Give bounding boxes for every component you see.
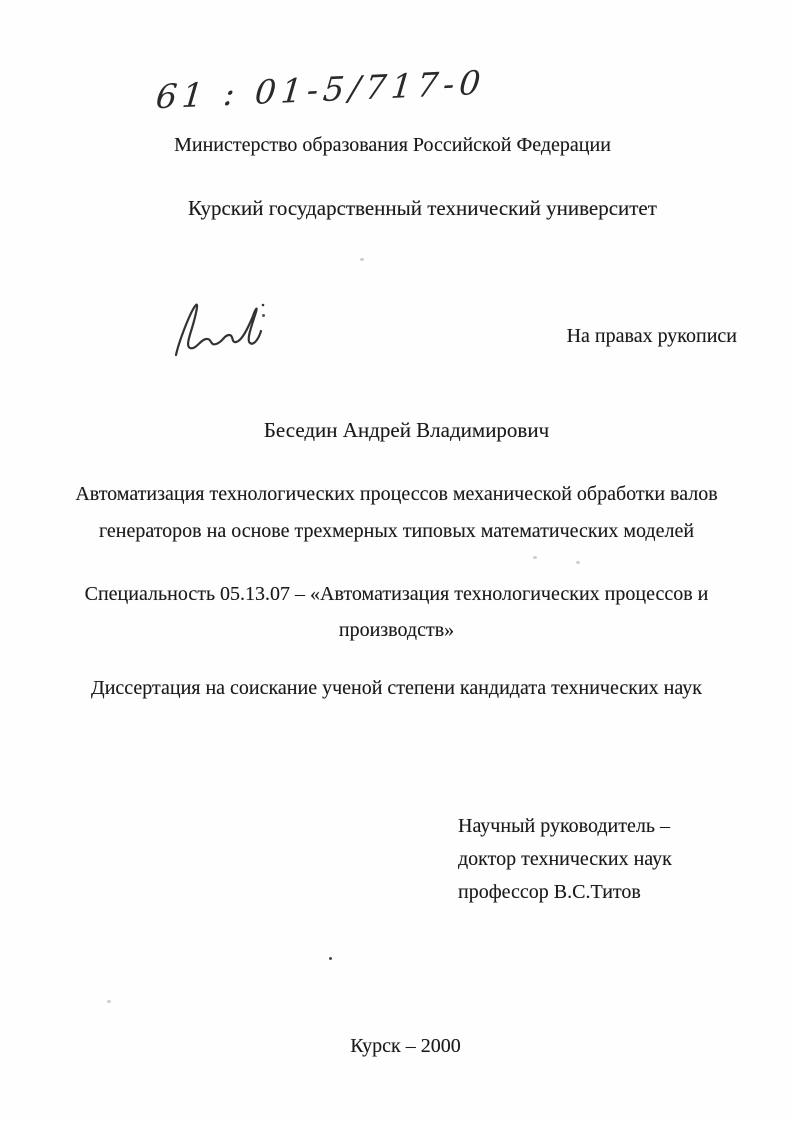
dissertation-title-line1: Автоматизация технологических процессов … xyxy=(0,482,793,506)
scan-speck xyxy=(533,556,537,559)
author-name: Беседин Андрей Владимирович xyxy=(10,418,793,443)
specialty-line1: Специальность 05.13.07 – «Автоматизация … xyxy=(0,582,793,606)
supervisor-line1: Научный руководитель – xyxy=(458,810,672,843)
handwritten-catalog-number: 61 : 01-5/717-0 xyxy=(154,63,487,117)
specialty-line2: производств» xyxy=(0,618,793,642)
scan-speck xyxy=(262,314,265,317)
scan-speck xyxy=(576,561,580,564)
ministry-line: Министерство образования Российской Феде… xyxy=(0,133,789,157)
scan-speck xyxy=(360,258,364,261)
scan-speck xyxy=(329,957,332,960)
supervisor-line2: доктор технических наук xyxy=(458,843,672,876)
dissertation-title-page: 61 : 01-5/717-0 Министерство образования… xyxy=(0,0,793,1122)
supervisor-block: Научный руководитель – доктор технически… xyxy=(458,810,672,909)
dissertation-title-line2: генераторов на основе трехмерных типовых… xyxy=(0,519,793,543)
manuscript-rights-note: На правах рукописи xyxy=(0,324,793,348)
university-line: Курский государственный технический унив… xyxy=(26,196,793,221)
degree-statement: Диссертация на соискание ученой степени … xyxy=(0,676,793,700)
scan-speck xyxy=(107,1000,111,1003)
city-year-line: Курск – 2000 xyxy=(9,1034,793,1058)
supervisor-line3: профессор В.С.Титов xyxy=(458,876,672,909)
